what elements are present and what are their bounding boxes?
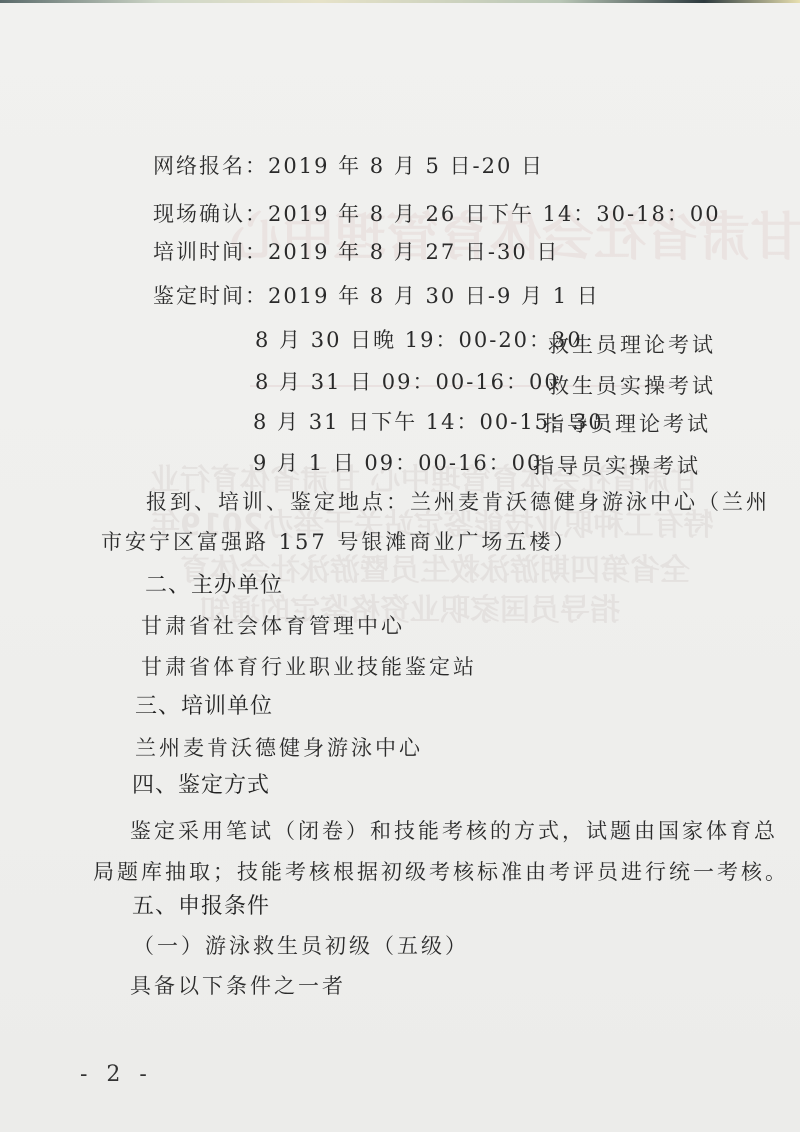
exam-label: 指导员实操考试 [533, 452, 701, 480]
section-heading-requirements: 五、申报条件 [132, 893, 270, 921]
organizer-item: 甘肃省体育行业职业技能鉴定站 [141, 653, 477, 681]
section-heading-assessment-method: 四、鉴定方式 [132, 772, 270, 800]
organizer-item: 甘肃省社会体育管理中心 [141, 612, 405, 640]
exam-time: 8 月 30 日晚 19：00-20：30 [255, 326, 583, 354]
online-registration-line: 网络报名：2019 年 8 月 5 日-20 日 [153, 152, 544, 180]
location-line-2: 市安宁区富强路 157 号银滩商业广场五楼） [101, 528, 577, 556]
onsite-confirmation-line: 现场确认：2019 年 8 月 26 日下午 14：30-18：00 [153, 200, 721, 228]
exam-label: 救生员实操考试 [548, 372, 716, 400]
training-time-line: 培训时间：2019 年 8 月 27 日-30 日 [153, 238, 559, 266]
exam-label: 指导员理论考试 [543, 410, 711, 438]
scan-top-edge [0, 0, 800, 3]
assessment-method-line-1: 鉴定采用笔试（闭卷）和技能考核的方式，试题由国家体育总 [130, 817, 778, 845]
requirements-text: 具备以下条件之一者 [130, 972, 346, 1000]
section-heading-organizers: 二、主办单位 [145, 572, 283, 600]
training-unit-item: 兰州麦肯沃德健身游泳中心 [135, 734, 423, 762]
assessment-method-line-2: 局题库抽取；技能考核根据初级考核标准由考评员进行统一考核。 [93, 858, 789, 886]
document-page: 甘肃省社会体育管理中心 甘肃省社会体育管理中心 甘肃省体育行业 特有工种职业技能… [0, 0, 800, 1132]
assessment-time-line: 鉴定时间：2019 年 8 月 30 日-9 月 1 日 [153, 282, 600, 310]
exam-time: 8 月 31 日 09：00-16：00 [255, 368, 560, 396]
requirements-subheading: （一）游泳救生员初级（五级） [133, 932, 469, 960]
exam-time: 9 月 1 日 09：00-16：00 [253, 449, 542, 477]
exam-label: 救生员理论考试 [548, 331, 716, 359]
section-heading-training-unit: 三、培训单位 [135, 693, 273, 721]
location-line-1: 报到、培训、鉴定地点：兰州麦肯沃德健身游泳中心（兰州 [146, 488, 770, 516]
page-number: - 2 - [80, 1062, 153, 1087]
